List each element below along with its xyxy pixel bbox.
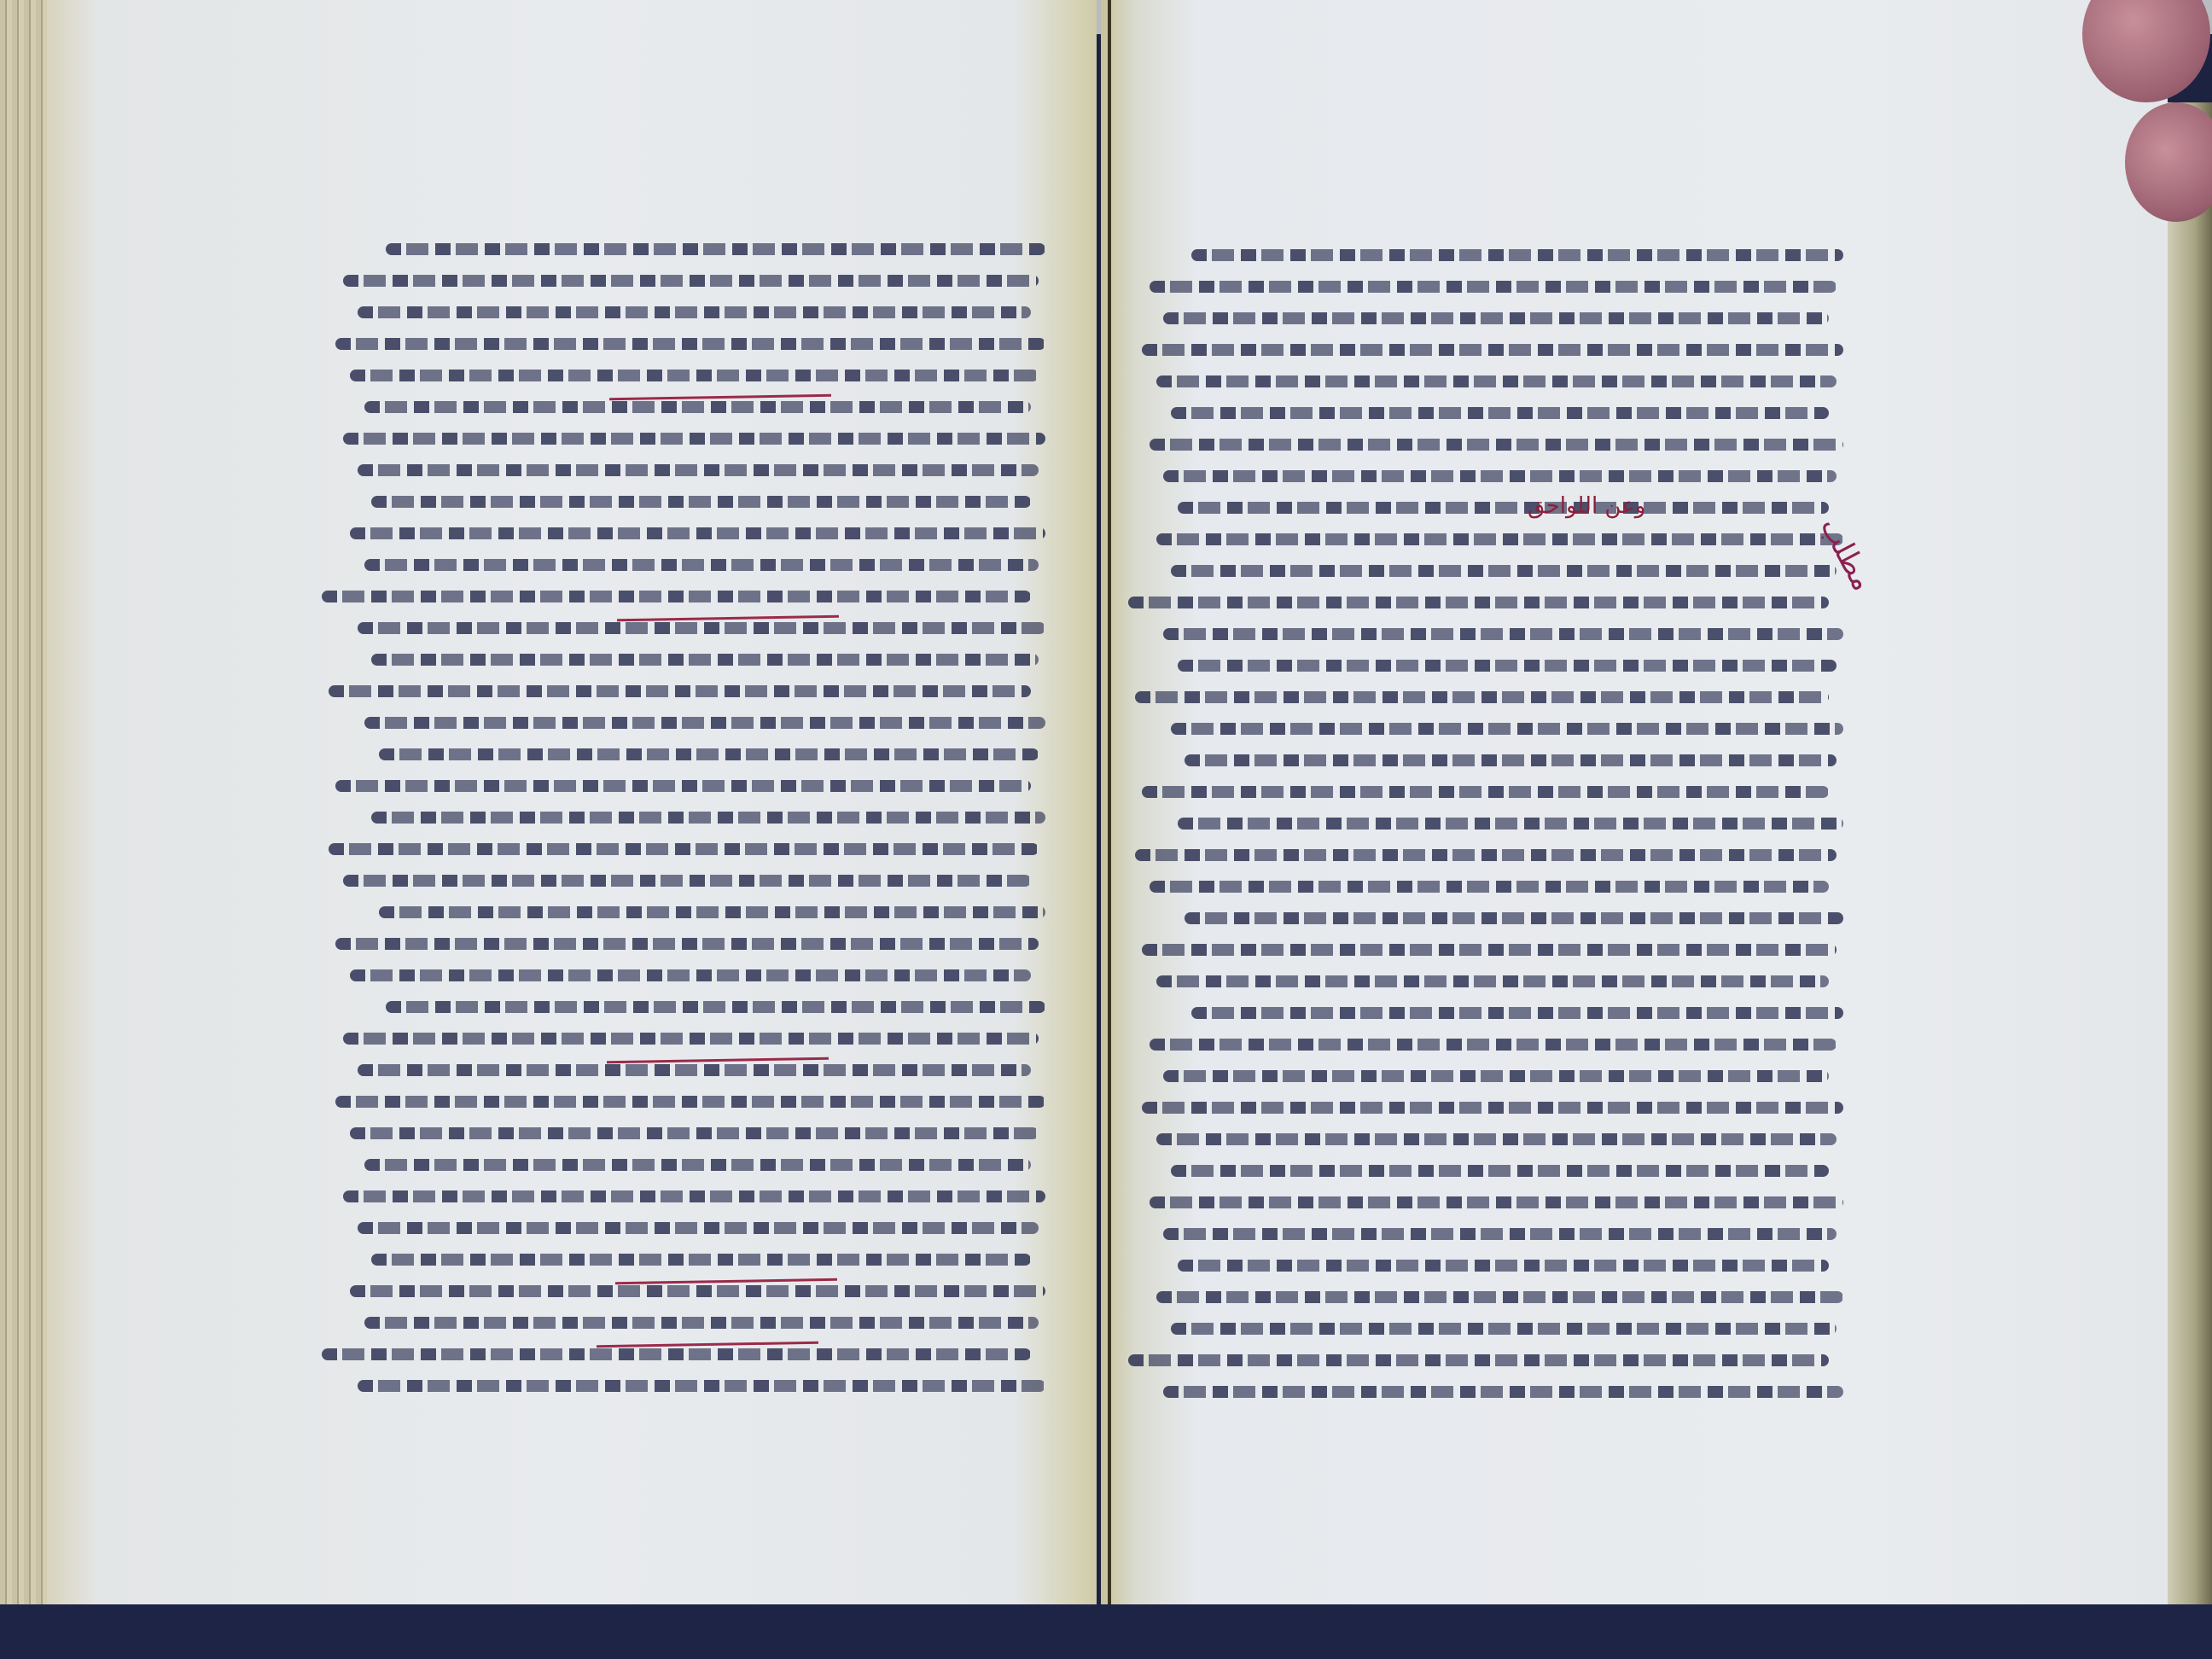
manuscript-line <box>364 717 1045 729</box>
manuscript-line <box>1135 691 1829 703</box>
manuscript-line <box>1163 470 1837 482</box>
manuscript-line <box>335 338 1045 350</box>
manuscript-line <box>379 906 1045 918</box>
manuscript-line <box>1156 533 1843 545</box>
manuscript-line <box>358 622 1045 634</box>
manuscript-line <box>350 1285 1045 1297</box>
manuscript-line <box>358 464 1039 476</box>
manuscript-line <box>1163 1070 1829 1082</box>
right-page: وعن اللواحق <box>1101 0 2168 1630</box>
manuscript-line <box>1150 881 1830 893</box>
manuscript-line <box>1128 1354 1830 1366</box>
manuscript-line <box>364 1317 1039 1329</box>
manuscript-line <box>343 433 1045 445</box>
manuscript-line <box>358 306 1032 318</box>
manuscript-line <box>1156 375 1837 387</box>
manuscript-line <box>350 969 1031 981</box>
manuscript-line <box>364 1159 1031 1171</box>
manuscript-line <box>343 1190 1045 1202</box>
manuscript-line <box>329 685 1031 697</box>
manuscript-line <box>1128 597 1830 608</box>
manuscript-line <box>1191 1007 1843 1019</box>
manuscript-line <box>343 875 1031 887</box>
manuscript-line <box>358 1222 1039 1234</box>
manuscript-line <box>371 496 1031 508</box>
manuscript-line <box>1185 754 1837 766</box>
manuscript-line <box>343 275 1039 287</box>
manuscript-line <box>1178 660 1837 672</box>
book-edge-left <box>0 0 51 1604</box>
left-page-text-block <box>329 243 1045 1412</box>
manuscript-line <box>1156 1133 1837 1145</box>
manuscript-line <box>322 1348 1032 1360</box>
manuscript-line <box>1163 1228 1837 1240</box>
cloth-background <box>0 1604 2212 1659</box>
manuscript-line <box>1150 281 1837 293</box>
manuscript-line <box>335 938 1038 950</box>
manuscript-line <box>1171 565 1837 577</box>
manuscript-line <box>1178 1260 1830 1272</box>
manuscript-line <box>1142 786 1829 798</box>
manuscript-line <box>1156 1291 1843 1303</box>
manuscript-line <box>1191 249 1843 261</box>
manuscript-line <box>379 748 1039 760</box>
manuscript-line <box>322 591 1032 602</box>
manuscript-line <box>358 1064 1032 1076</box>
right-page-text-block <box>1135 249 1843 1417</box>
manuscript-line <box>1178 818 1843 829</box>
manuscript-line <box>1150 439 1843 451</box>
manuscript-line <box>1150 1039 1837 1051</box>
manuscript-line <box>1171 407 1830 419</box>
manuscript-line <box>350 527 1045 539</box>
manuscript-line <box>1142 1102 1843 1114</box>
manuscript-line <box>1171 723 1844 735</box>
manuscript-line <box>1178 502 1830 514</box>
manuscript-line <box>335 1096 1045 1108</box>
manuscript-line <box>1156 975 1830 987</box>
book-edge-right <box>2168 102 2212 1639</box>
manuscript-line <box>386 1001 1045 1013</box>
manuscript-line <box>350 1127 1038 1139</box>
manuscript-line <box>364 559 1039 571</box>
manuscript-line <box>343 1033 1039 1045</box>
manuscript-line <box>1142 944 1836 956</box>
manuscript-line <box>386 243 1045 255</box>
rubric-heading: وعن اللواحق <box>1528 493 1645 519</box>
manuscript-line <box>1163 312 1829 324</box>
left-page <box>47 0 1097 1621</box>
manuscript-line <box>1135 849 1837 861</box>
manuscript-line <box>358 1380 1045 1392</box>
manuscript-line <box>1150 1196 1843 1208</box>
page-gutter <box>1108 0 1111 1621</box>
manuscript-line <box>350 370 1038 381</box>
manuscript-line <box>371 812 1045 824</box>
manuscript-line <box>329 843 1039 855</box>
manuscript-line <box>371 654 1038 666</box>
manuscript-line <box>1163 1386 1843 1398</box>
manuscript-line <box>371 1254 1031 1266</box>
manuscript-line <box>335 780 1031 792</box>
manuscript-line <box>1185 912 1843 924</box>
manuscript-line <box>1171 1165 1830 1177</box>
manuscript-line <box>1163 628 1843 640</box>
manuscript-line <box>1171 1323 1837 1335</box>
manuscript-line <box>364 401 1031 413</box>
manuscript-line <box>1142 344 1843 356</box>
